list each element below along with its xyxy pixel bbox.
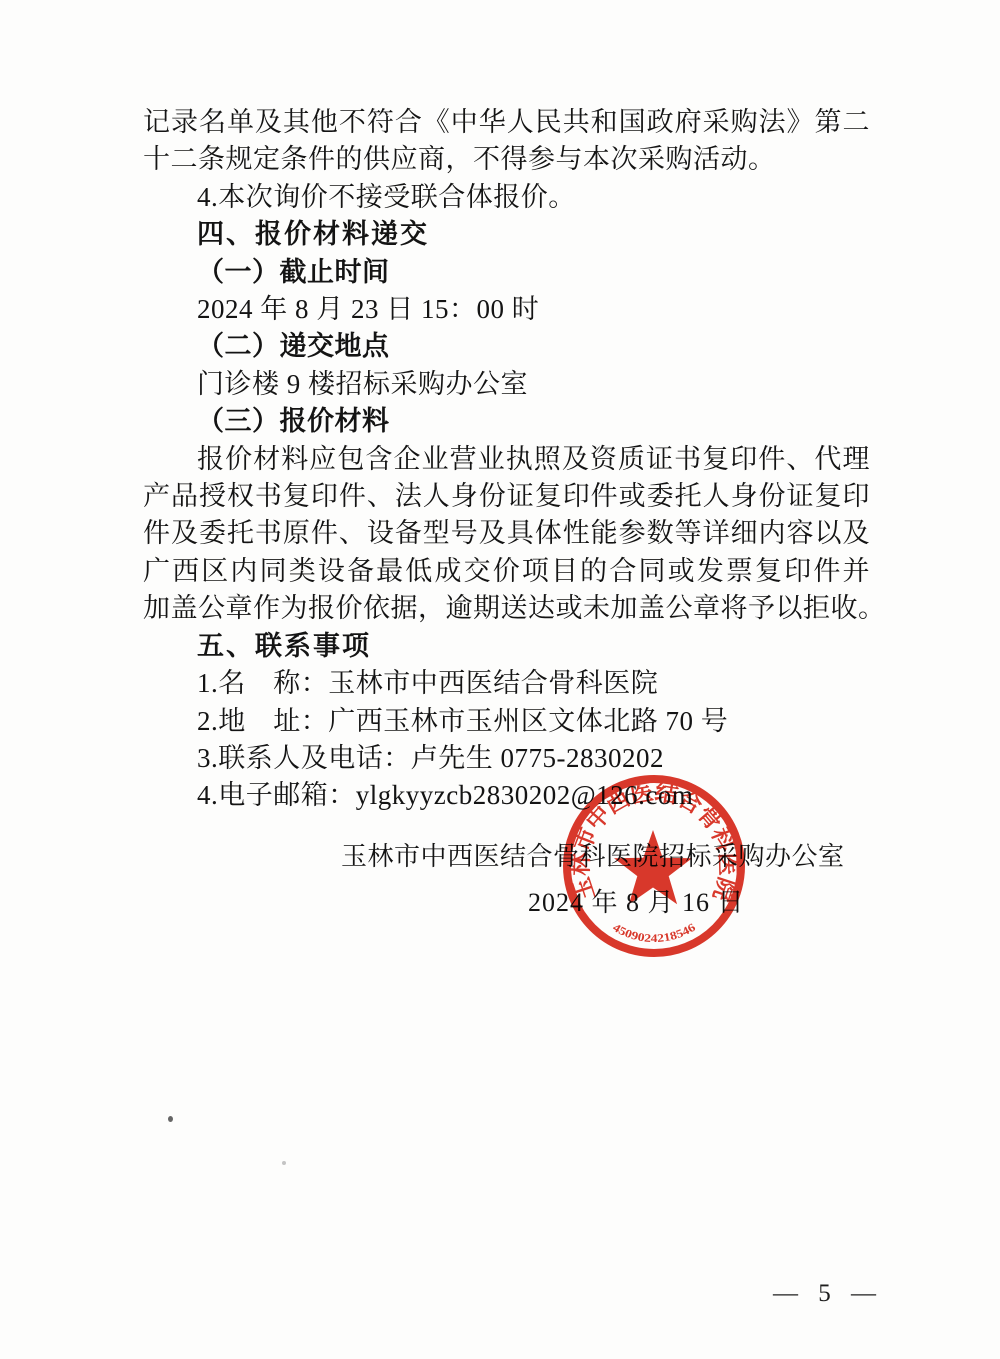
deadline-datetime: 2024 年 8 月 23 日 15：00 时 [143, 291, 870, 328]
subsection-3-materials-heading: （三）报价材料 [143, 403, 870, 440]
section-5-heading: 五、联系事项 [143, 628, 870, 665]
seal-serial-number: 4509024218546 [610, 921, 698, 945]
materials-paragraph-line-3: 件及委托书原件、设备型号及具体性能参数等详细内容以及 [143, 515, 870, 552]
paragraph-continuation-line-1: 记录名单及其他不符合《中华人民共和国政府采购法》第二 [143, 104, 870, 141]
scan-speck [282, 1161, 286, 1165]
document-page: 记录名单及其他不符合《中华人民共和国政府采购法》第二 十二条规定条件的供应商，不… [0, 0, 1000, 1359]
subsection-2-location-heading: （二）递交地点 [143, 328, 870, 365]
contact-email: 4.电子邮箱：ylgkyyzcb2830202@126.com [143, 777, 870, 814]
subsection-1-deadline-heading: （一）截止时间 [143, 254, 870, 291]
document-body: 记录名单及其他不符合《中华人民共和国政府采购法》第二 十二条规定条件的供应商，不… [143, 104, 870, 815]
page-number: — 5 — [773, 1280, 879, 1308]
scan-speck [168, 1116, 173, 1122]
contact-address: 2.地 址：广西玉林市玉州区文体北路 70 号 [143, 703, 870, 740]
item-4-no-consortium: 4.本次询价不接受联合体报价。 [143, 179, 870, 216]
materials-paragraph-line-5: 加盖公章作为报价依据，逾期送达或未加盖公章将予以拒收。 [143, 590, 870, 627]
submission-location: 门诊楼 9 楼招标采购办公室 [143, 366, 870, 403]
materials-paragraph-line-2: 产品授权书复印件、法人身份证复印件或委托人身份证复印 [143, 478, 870, 515]
contact-name: 1.名 称：玉林市中西医结合骨科医院 [143, 665, 870, 702]
materials-paragraph-line-4: 广西区内同类设备最低成交价项目的合同或发票复印件并 [143, 553, 870, 590]
materials-paragraph-line-1: 报价材料应包含企业营业执照及资质证书复印件、代理 [143, 441, 870, 478]
section-4-heading: 四、报价材料递交 [143, 216, 870, 253]
official-seal: 玉林市中西医结合骨科医院 4509024218546 [554, 766, 754, 966]
star-icon [614, 830, 692, 904]
paragraph-continuation-line-2: 十二条规定条件的供应商，不得参与本次采购活动。 [143, 141, 870, 178]
contact-person-phone: 3.联系人及电话：卢先生 0775-2830202 [143, 740, 870, 777]
